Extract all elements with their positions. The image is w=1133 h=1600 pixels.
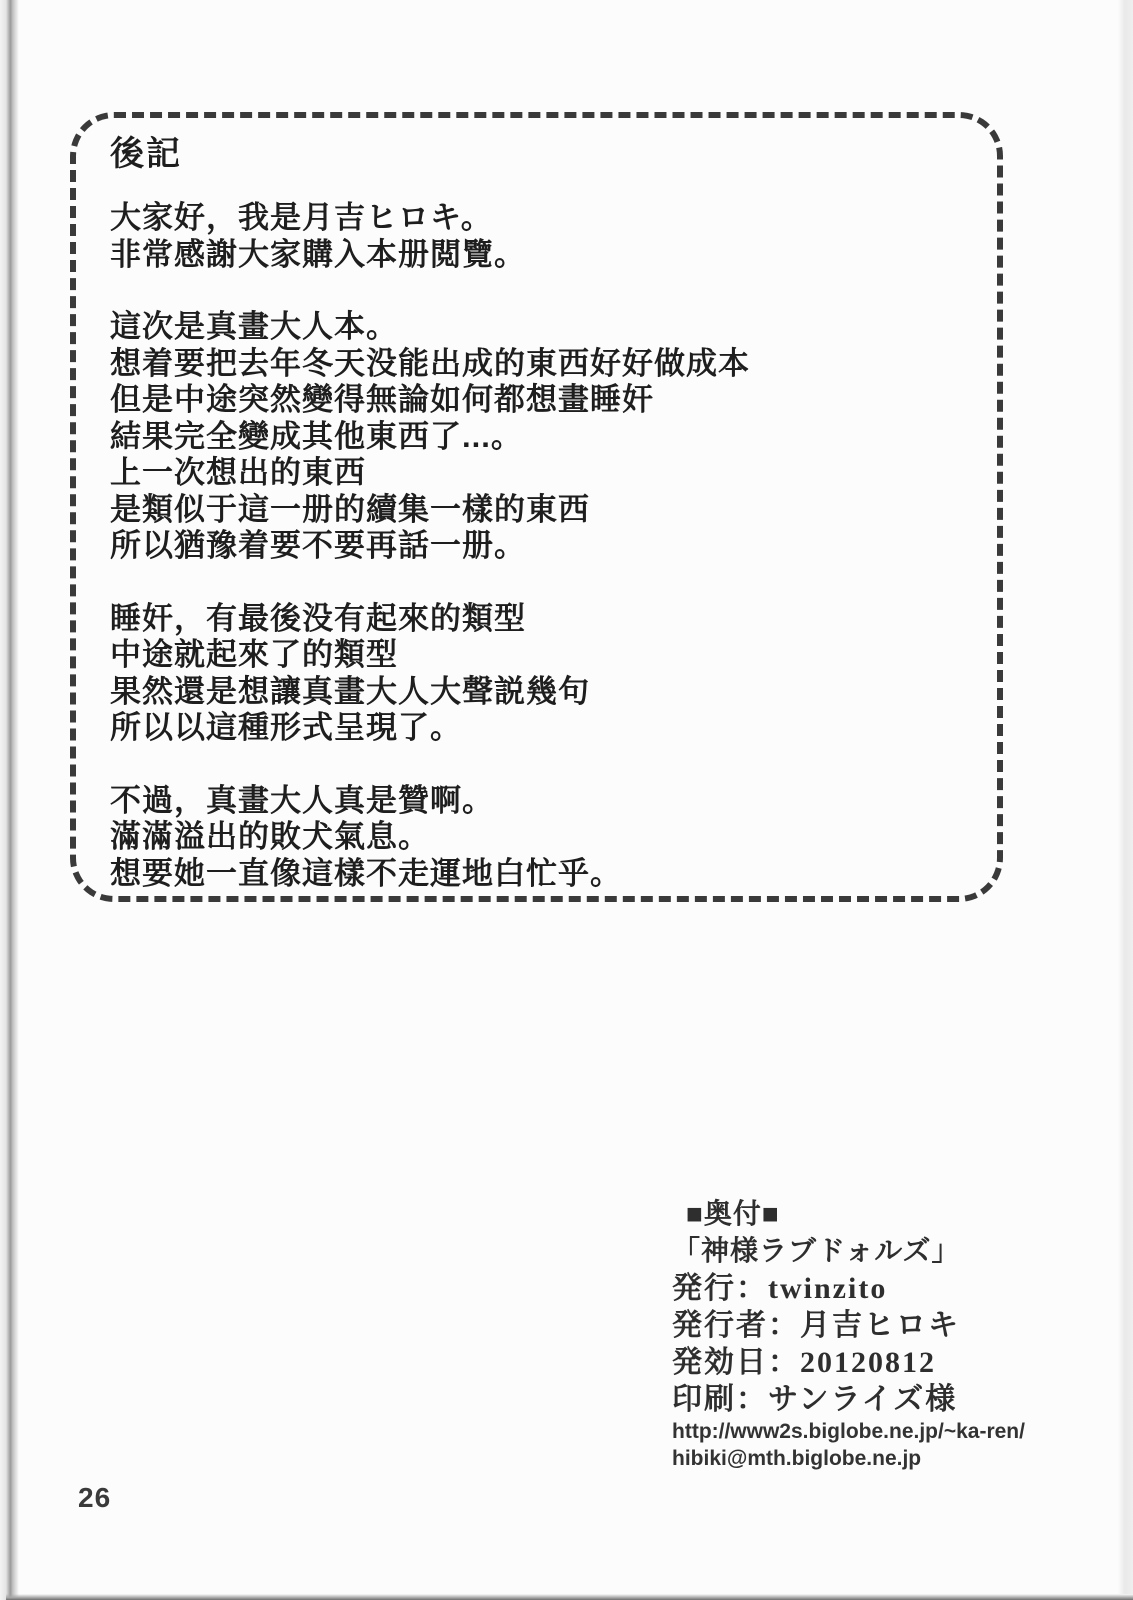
afterword-line: 不過，真畫大人真是贊啊。 — [110, 783, 967, 820]
afterword-line: 所以以這種形式呈現了。 — [110, 710, 967, 747]
afterword-line: 結果完全變成其他東西了...。 — [110, 419, 967, 456]
afterword-line: 果然還是想讓真畫大人大聲説幾句 — [110, 674, 967, 711]
colophon: ■奥付■ 「神様ラブドォルズ」 発行：twinzito 発行者：月吉ヒロキ 発効… — [672, 1196, 1025, 1472]
colophon-author: 発行者：月吉ヒロキ — [672, 1307, 1025, 1344]
colophon-publisher: 発行：twinzito — [672, 1270, 1025, 1307]
colophon-date: 発効日：20120812 — [672, 1344, 1025, 1381]
afterword-paragraph-1: 大家好，我是月吉ヒロキ。 非常感謝大家購入本册閲覽。 — [110, 200, 967, 273]
afterword-line: 睡奸，有最後没有起來的類型 — [110, 601, 967, 638]
afterword-line: 想着要把去年冬天没能出成的東西好好做成本 — [110, 346, 967, 383]
page-left-edge — [0, 0, 20, 1600]
afterword-line: 但是中途突然變得無論如何都想畫睡奸 — [110, 382, 967, 419]
page-bottom-edge — [6, 1594, 1133, 1600]
afterword-line: 是類似于這一册的續集一樣的東西 — [110, 492, 967, 529]
afterword-paragraph-2: 這次是真畫大人本。 想着要把去年冬天没能出成的東西好好做成本 但是中途突然變得無… — [110, 309, 967, 565]
colophon-website: http://www2s.biglobe.ne.jp/~ka-ren/ — [672, 1418, 1025, 1445]
afterword-line: 這次是真畫大人本。 — [110, 309, 967, 346]
afterword-line: 大家好，我是月吉ヒロキ。 — [110, 200, 967, 237]
afterword-box: 後記 大家好，我是月吉ヒロキ。 非常感謝大家購入本册閲覽。 這次是真畫大人本。 … — [70, 112, 1003, 902]
page-right-edge — [1118, 0, 1133, 1594]
afterword-line: 非常感謝大家購入本册閲覽。 — [110, 237, 967, 274]
colophon-email: hibiki@mth.biglobe.ne.jp — [672, 1445, 1025, 1472]
colophon-header: ■奥付■ — [672, 1196, 1025, 1233]
afterword-paragraph-4: 不過，真畫大人真是贊啊。 滿滿溢出的敗犬氣息。 想要她一直像這樣不走運地白忙乎。 — [110, 783, 967, 893]
afterword-line: 滿滿溢出的敗犬氣息。 — [110, 819, 967, 856]
scanned-page: 後記 大家好，我是月吉ヒロキ。 非常感謝大家購入本册閲覽。 這次是真畫大人本。 … — [0, 0, 1133, 1600]
afterword-line: 所以猶豫着要不要再話一册。 — [110, 528, 967, 565]
afterword-line: 中途就起來了的類型 — [110, 637, 967, 674]
colophon-book-title: 「神様ラブドォルズ」 — [672, 1233, 1025, 1270]
page-number: 26 — [78, 1482, 111, 1514]
afterword-paragraph-3: 睡奸，有最後没有起來的類型 中途就起來了的類型 果然還是想讓真畫大人大聲説幾句 … — [110, 601, 967, 747]
afterword-line: 想要她一直像這樣不走運地白忙乎。 — [110, 856, 967, 893]
colophon-printer: 印刷：サンライズ様 — [672, 1381, 1025, 1418]
afterword-title: 後記 — [110, 132, 967, 176]
afterword-line: 上一次想出的東西 — [110, 455, 967, 492]
